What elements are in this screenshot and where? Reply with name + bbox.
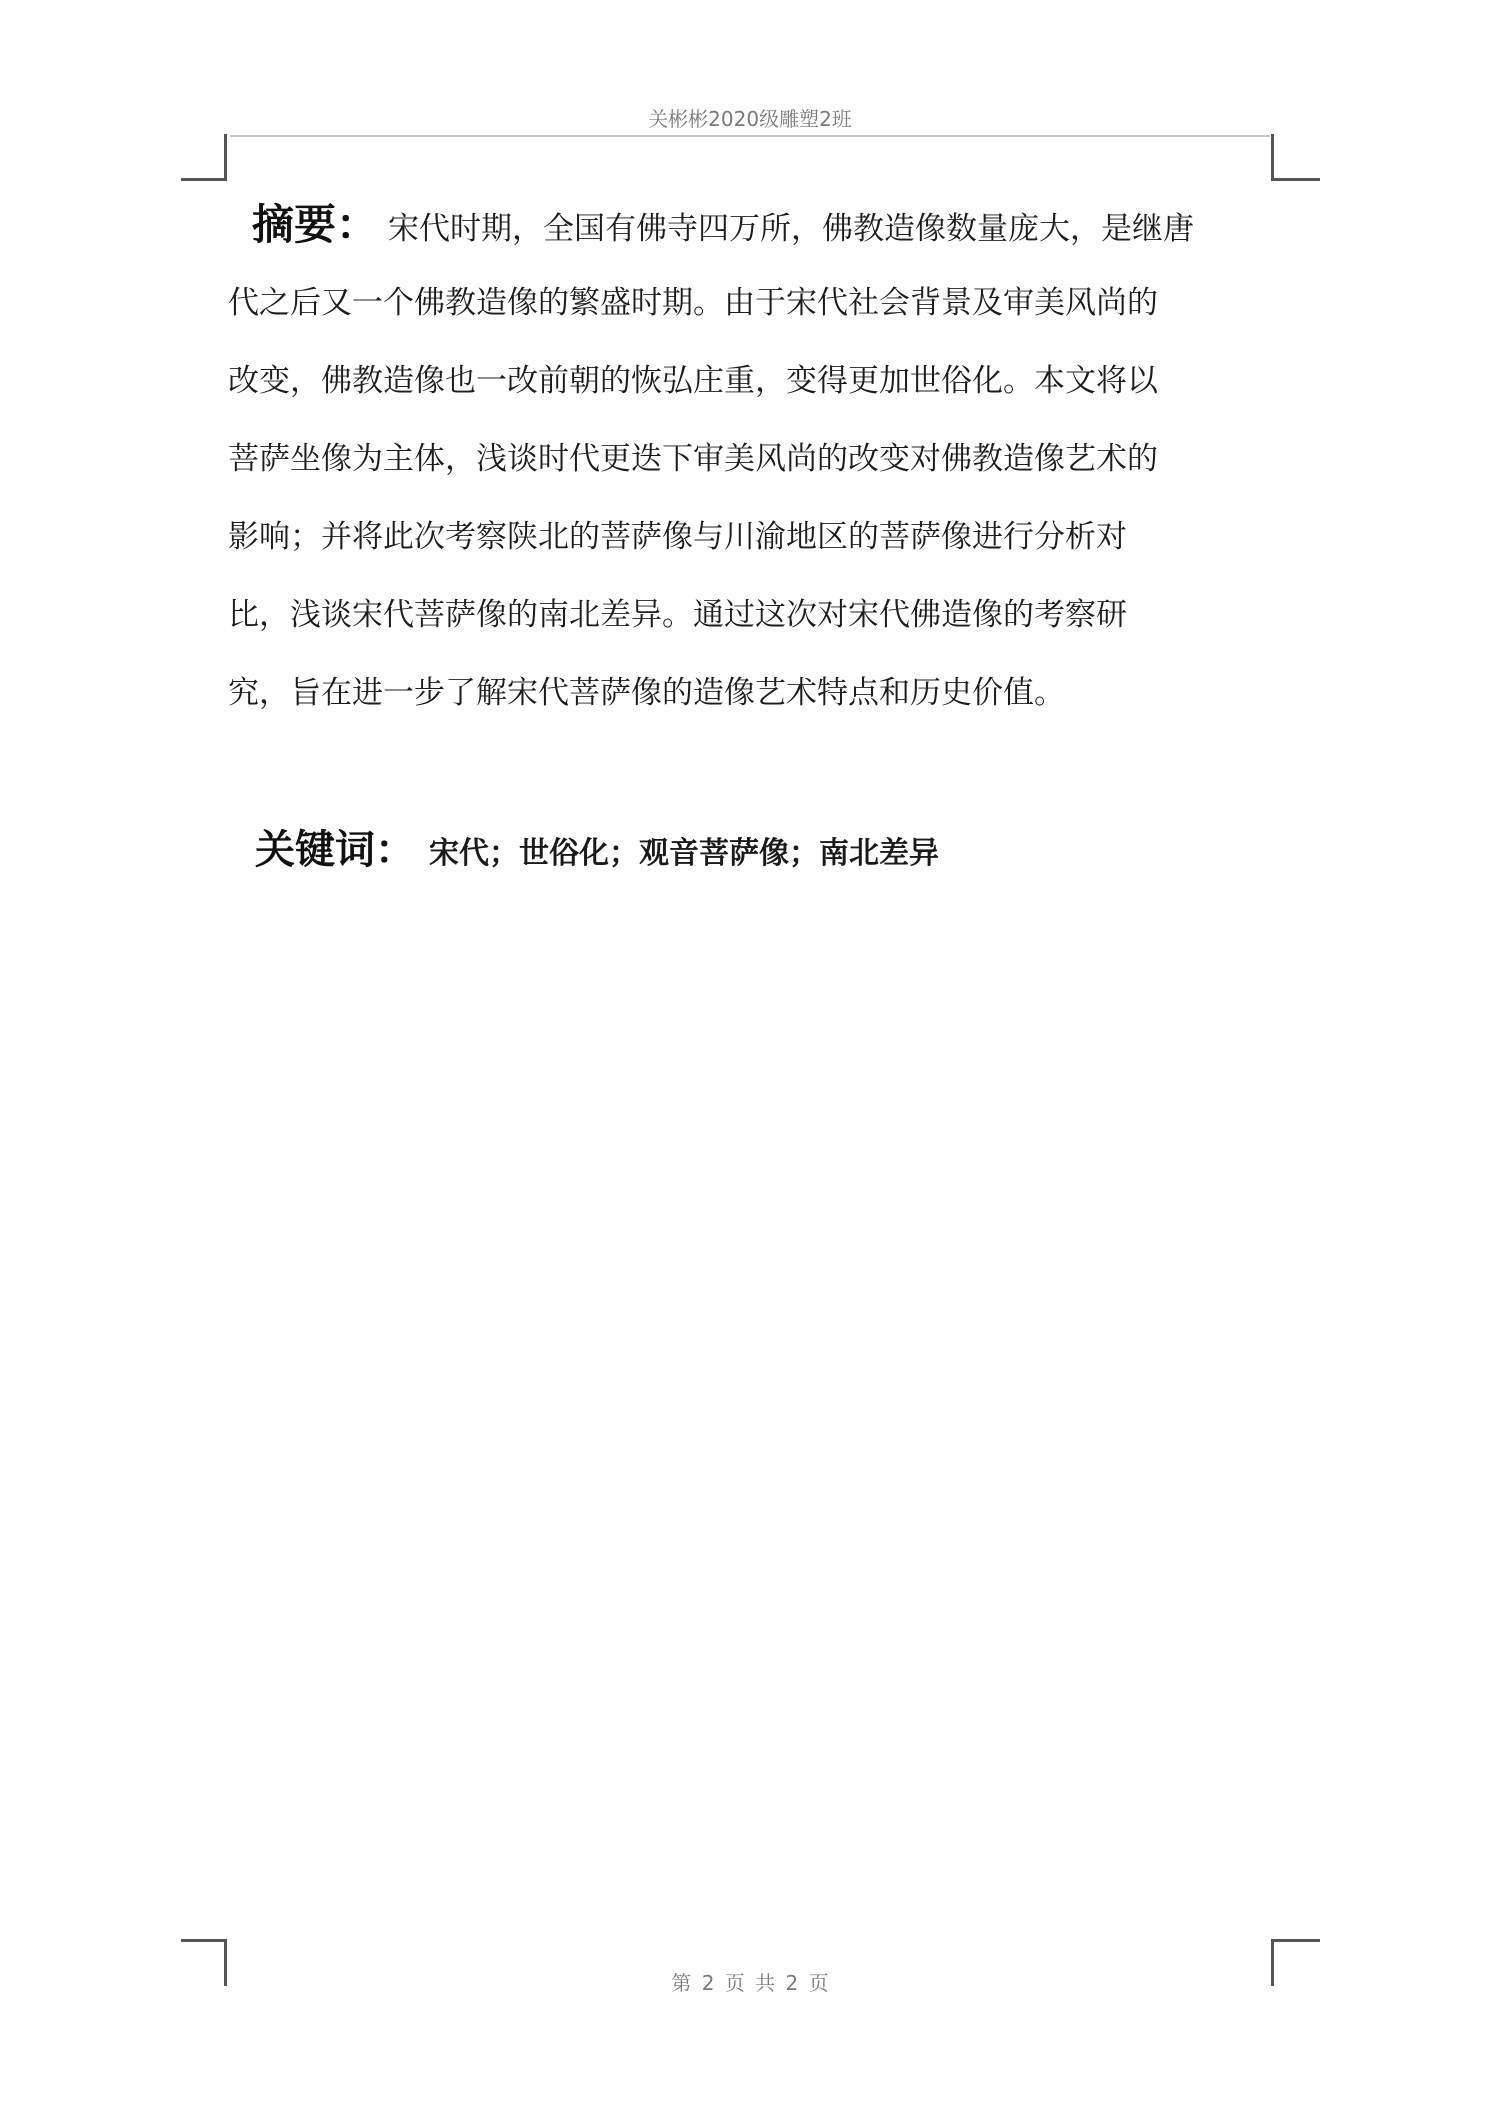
crop-mark-top-left xyxy=(181,134,227,181)
abstract-line: 菩萨坐像为主体，浅谈时代更迭下审美风尚的改变对佛教造像艺术的 xyxy=(228,430,1308,508)
abstract-text: 宋代时期，全国有佛寺四万所，佛教造像数量庞大，是继唐 xyxy=(388,211,1194,247)
abstract-line: 代之后又一个佛教造像的繁盛时期。由于宋代社会背景及审美风尚的 xyxy=(228,274,1308,352)
abstract-section: 摘要：宋代时期，全国有佛寺四万所，佛教造像数量庞大，是继唐 代之后又一个佛教造像… xyxy=(228,196,1308,742)
crop-mark-top-right xyxy=(1271,134,1320,181)
header-divider xyxy=(230,135,1270,137)
keywords-value: 宋代；世俗化；观音菩萨像；南北差异 xyxy=(429,836,939,871)
document-page: 关彬彬2020级雕塑2班 摘要：宋代时期，全国有佛寺四万所，佛教造像数量庞大，是… xyxy=(0,0,1500,2122)
abstract-line: 改变，佛教造像也一改前朝的恢弘庄重，变得更加世俗化。本文将以 xyxy=(228,352,1308,430)
abstract-line: 影响；并将此次考察陕北的菩萨像与川渝地区的菩萨像进行分析对 xyxy=(228,508,1308,586)
keywords-section: 关键词：宋代；世俗化；观音菩萨像；南北差异 xyxy=(255,820,939,888)
abstract-label: 摘要： xyxy=(252,200,378,249)
abstract-line: 摘要：宋代时期，全国有佛寺四万所，佛教造像数量庞大，是继唐 xyxy=(228,196,1308,274)
page-header: 关彬彬2020级雕塑2班 xyxy=(0,106,1500,132)
page-number: 第 2 页 共 2 页 xyxy=(0,1970,1500,1996)
keywords-label: 关键词： xyxy=(255,827,415,873)
abstract-line: 比，浅谈宋代菩萨像的南北差异。通过这次对宋代佛造像的考察研 xyxy=(228,586,1308,664)
abstract-line: 究，旨在进一步了解宋代菩萨像的造像艺术特点和历史价值。 xyxy=(228,664,1308,742)
